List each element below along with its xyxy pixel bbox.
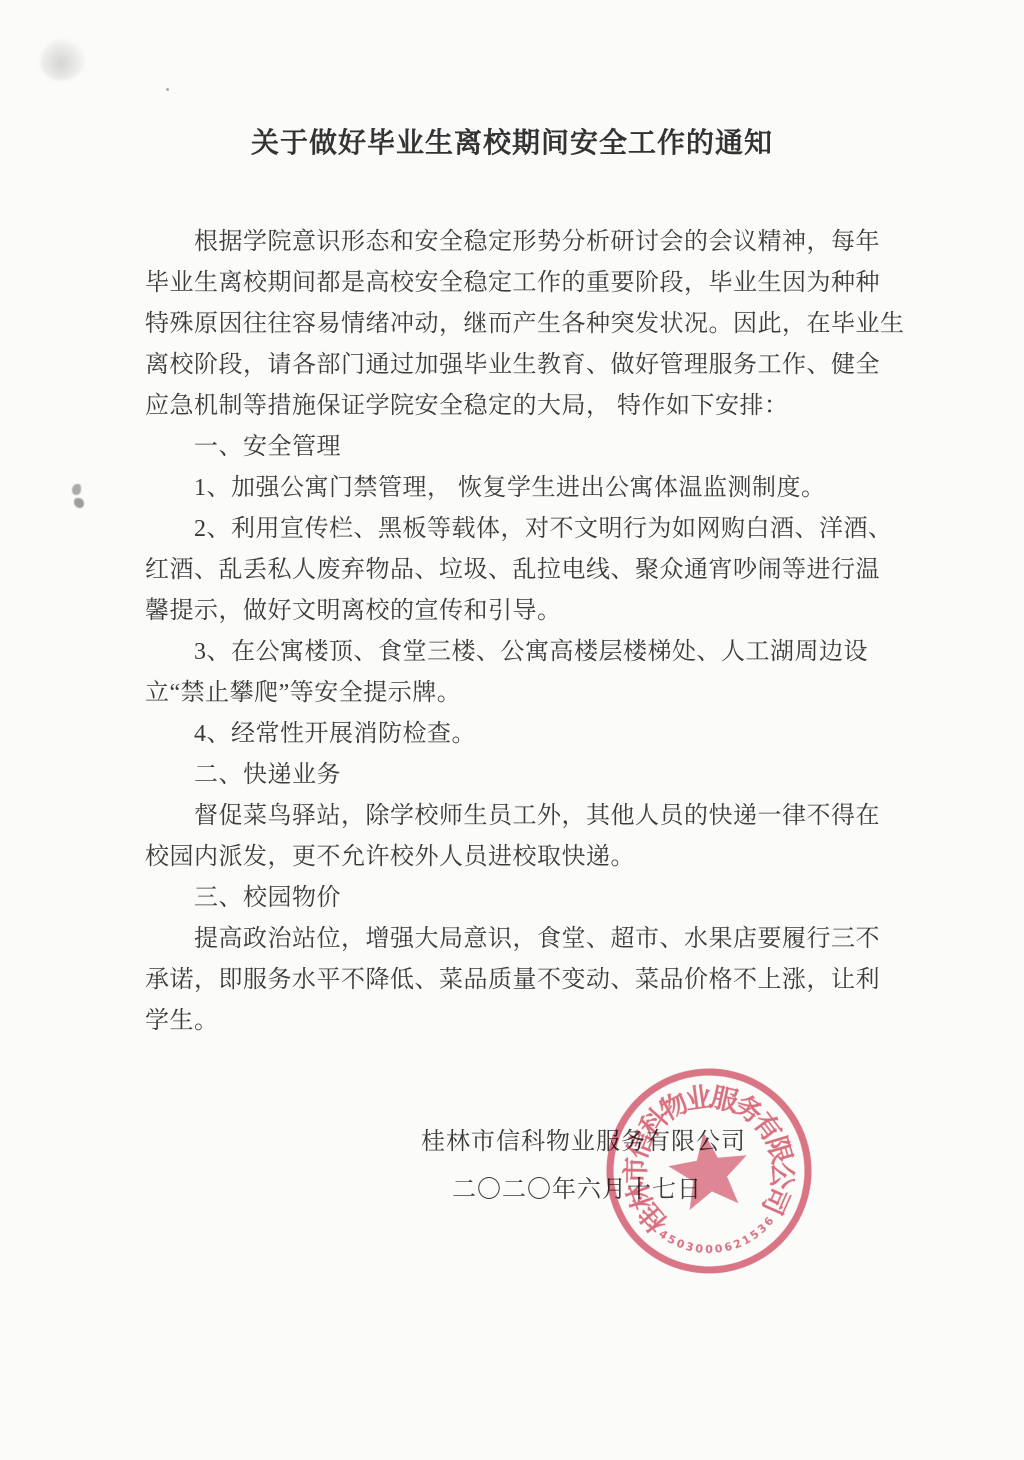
text-line: 特殊原因往往容易情绪冲动，继而产生各种突发状况。因此，在毕业生 xyxy=(145,304,887,345)
document-body: 根据学院意识形态和安全稳定形势分析研讨会的会议精神，每年毕业生离校期间都是高校安… xyxy=(145,222,887,1042)
paragraph: 一、安全管理 xyxy=(145,427,887,468)
scan-smudge xyxy=(72,484,81,495)
document-page: 关于做好毕业生离校期间安全工作的通知 根据学院意识形态和安全稳定形势分析研讨会的… xyxy=(0,0,1024,1460)
text-line: 红酒、乱丢私人废弃物品、垃圾、乱拉电线、聚众通宵吵闹等进行温 xyxy=(145,550,887,591)
paragraph: 根据学院意识形态和安全稳定形势分析研讨会的会议精神，每年毕业生离校期间都是高校安… xyxy=(145,222,887,427)
text-line: 离校阶段，请各部门通过加强毕业生教育、做好管理服务工作、健全 xyxy=(145,345,887,386)
scan-smudge xyxy=(166,88,169,91)
text-line: 2、利用宣传栏、黑板等载体，对不文明行为如网购白酒、洋酒、 xyxy=(145,509,887,550)
scan-smudge xyxy=(74,498,84,508)
text-line: 3、在公寓楼顶、食堂三楼、公寓高楼层楼梯处、人工湖周边设 xyxy=(145,632,887,673)
paragraph: 提高政治站位，增强大局意识，食堂、超市、水果店要履行三不承诺，即服务水平不降低、… xyxy=(145,919,887,1042)
text-line: 毕业生离校期间都是高校安全稳定工作的重要阶段，毕业生因为种种 xyxy=(145,263,887,304)
text-line: 三、校园物价 xyxy=(145,878,887,919)
text-line: 4、经常性开展消防检查。 xyxy=(145,714,887,755)
company-seal: 桂林市信科物业服务有限公司 4503000621536 xyxy=(579,1041,839,1301)
paragraph: 4、经常性开展消防检查。 xyxy=(145,714,887,755)
text-line: 校园内派发，更不允许校外人员进校取快递。 xyxy=(145,837,887,878)
paragraph: 督促菜鸟驿站，除学校师生员工外，其他人员的快递一律不得在校园内派发，更不允许校外… xyxy=(145,796,887,878)
text-line: 二、快递业务 xyxy=(145,755,887,796)
paragraph: 1、加强公寓门禁管理， 恢复学生进出公寓体温监测制度。 xyxy=(145,468,887,509)
text-line: 馨提示，做好文明离校的宣传和引导。 xyxy=(145,591,887,632)
text-line: 根据学院意识形态和安全稳定形势分析研讨会的会议精神，每年 xyxy=(145,222,887,263)
paragraph: 二、快递业务 xyxy=(145,755,887,796)
text-line: 1、加强公寓门禁管理， 恢复学生进出公寓体温监测制度。 xyxy=(145,468,887,509)
text-line: 立“禁止攀爬”等安全提示牌。 xyxy=(145,673,887,714)
paragraph: 3、在公寓楼顶、食堂三楼、公寓高楼层楼梯处、人工湖周边设立“禁止攀爬”等安全提示… xyxy=(145,632,887,714)
document-title: 关于做好毕业生离校期间安全工作的通知 xyxy=(0,121,1024,161)
scan-smudge xyxy=(40,38,86,80)
paragraph: 三、校园物价 xyxy=(145,878,887,919)
seal-star-icon xyxy=(664,1127,753,1212)
paragraph: 2、利用宣传栏、黑板等载体，对不文明行为如网购白酒、洋酒、红酒、乱丢私人废弃物品… xyxy=(145,509,887,632)
text-line: 应急机制等措施保证学院安全稳定的大局， 特作如下安排： xyxy=(145,386,887,427)
text-line: 督促菜鸟驿站，除学校师生员工外，其他人员的快递一律不得在 xyxy=(145,796,887,837)
text-line: 学生。 xyxy=(145,1001,887,1042)
text-line: 一、安全管理 xyxy=(145,427,887,468)
text-line: 承诺，即服务水平不降低、菜品质量不变动、菜品价格不上涨，让利 xyxy=(145,960,887,1001)
seal-graphic: 桂林市信科物业服务有限公司 4503000621536 xyxy=(579,1041,839,1301)
text-line: 提高政治站位，增强大局意识，食堂、超市、水果店要履行三不 xyxy=(145,919,887,960)
